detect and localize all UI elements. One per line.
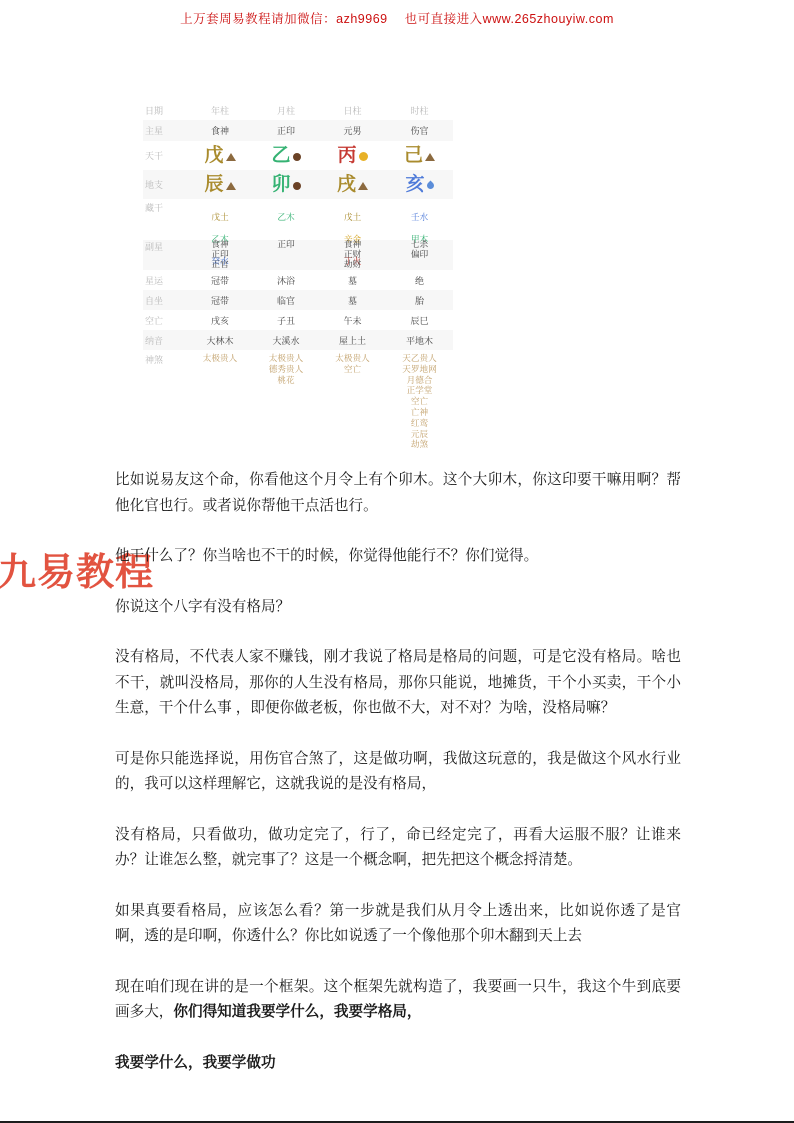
wood-icon (293, 153, 301, 161)
nayin-month: 大溪水 (253, 334, 319, 347)
row-secondary-stars: 副星 食神 正印 正官 正印 食神 正财 劫财 七杀 偏印 (143, 240, 453, 270)
row-label: 星运 (143, 274, 187, 287)
void-year: 戌亥 (187, 314, 253, 327)
paragraph: 可是你只能选择说，用伤官合煞了，这是做功啊，我做这玩意的，我是做这个风水行业的，… (115, 747, 681, 798)
self-sitting-year: 冠带 (187, 294, 253, 307)
branch-day: 戌 (319, 175, 386, 194)
row-label: 副星 (143, 240, 187, 253)
promo-header-text: 上万套周易教程请加微信：azh9969 也可直接进入www.265zhouyiw… (180, 12, 614, 26)
star-fortune-month: 沐浴 (253, 274, 319, 287)
void-day: 午未 (319, 314, 386, 327)
stem-month: 乙 (253, 146, 319, 165)
secondary-stars-month: 正印 (253, 240, 319, 250)
main-star-hour: 伤官 (386, 124, 453, 137)
star-fortune-day: 墓 (319, 274, 386, 287)
row-self-sitting: 自坐 冠带 临官 墓 胎 (143, 290, 453, 310)
row-star-fortune: 星运 冠带 沐浴 墓 绝 (143, 270, 453, 290)
hidden-stems-month: 乙木 (253, 201, 319, 234)
row-main-stars: 主星 食神 正印 元男 伤官 (143, 120, 453, 141)
col-header-day: 日柱 (319, 104, 386, 117)
stem-hour: 己 (386, 146, 453, 165)
row-hidden-stems: 藏干 戊土 乙木 癸水 乙木 戊土 辛金 丁火 壬水 甲木 (143, 199, 453, 240)
paragraph: 没有格局，不代表人家不赚钱，刚才我说了格局是格局的问题，可是它没有格局。啥也不干… (115, 645, 681, 722)
secondary-stars-year: 食神 正印 正官 (187, 240, 253, 269)
shensha-hour: 天乙贵人 天罗地网 月德合 正学堂 空亡 亡神 红鸾 元辰 劫煞 (386, 353, 453, 450)
void-hour: 辰巳 (386, 314, 453, 327)
row-label: 天干 (143, 149, 187, 162)
water-icon (425, 181, 435, 191)
secondary-stars-hour: 七杀 偏印 (386, 240, 453, 260)
star-fortune-year: 冠带 (187, 274, 253, 287)
earth-icon (226, 182, 236, 190)
star-fortune-hour: 绝 (386, 274, 453, 287)
nayin-year: 大林木 (187, 334, 253, 347)
paragraph: 没有格局，只看做功，做功定完了，行了，命已经定完了，再看大运服不服？让谁来办？让… (115, 823, 681, 874)
self-sitting-month: 临官 (253, 294, 319, 307)
col-header-year: 年柱 (187, 104, 253, 117)
row-label: 纳音 (143, 334, 187, 347)
col-header-hour: 时柱 (386, 104, 453, 117)
row-label: 自坐 (143, 294, 187, 307)
paragraph: 你说这个八字有没有格局？ (115, 595, 681, 621)
row-shensha: 神煞 太极贵人 太极贵人 德秀贵人 桃花 太极贵人 空亡 天乙贵人 天罗地网 月… (143, 350, 453, 454)
secondary-stars-day: 食神 正财 劫财 (319, 240, 386, 269)
row-label: 空亡 (143, 314, 187, 327)
paragraph: 如果真要看格局，应该怎么看？第一步就是我们从月令上透出来，比如说你透了是官啊，透… (115, 899, 681, 950)
shensha-month: 太极贵人 德秀贵人 桃花 (253, 353, 319, 385)
nayin-day: 屋上土 (319, 334, 386, 347)
earth-icon (425, 153, 435, 161)
col-header-date: 日期 (143, 104, 187, 117)
main-star-day: 元男 (319, 124, 386, 137)
self-sitting-hour: 胎 (386, 294, 453, 307)
earth-icon (226, 153, 236, 161)
shensha-year: 太极贵人 (187, 353, 253, 364)
bazi-chart-table: 日期 年柱 月柱 日柱 时柱 主星 食神 正印 元男 伤官 天干 戊 乙 丙 己… (143, 101, 453, 454)
paragraph: 我要学什么，我要学做功 (115, 1051, 681, 1077)
row-label: 神煞 (143, 353, 187, 366)
fire-icon (359, 152, 368, 161)
wood-icon (293, 182, 301, 190)
row-nayin: 纳音 大林木 大溪水 屋上土 平地木 (143, 330, 453, 350)
paragraph: 现在咱们现在讲的是一个框架。这个框架先就构造了，我要画一只牛，我这个牛到底要画多… (115, 975, 681, 1026)
promo-header: 上万套周易教程请加微信：azh9969 也可直接进入www.265zhouyiw… (0, 0, 794, 27)
paragraph: 比如说易友这个命，你看他这个月令上有个卯木。这个大卯木，你这印要干嘛用啊？帮他化… (115, 468, 681, 519)
row-label: 地支 (143, 178, 187, 191)
row-void-emptiness: 空亡 戌亥 子丑 午未 辰巳 (143, 310, 453, 330)
shensha-day: 太极贵人 空亡 (319, 353, 386, 375)
self-sitting-day: 墓 (319, 294, 386, 307)
void-month: 子丑 (253, 314, 319, 327)
main-star-month: 正印 (253, 124, 319, 137)
row-heavenly-stems: 天干 戊 乙 丙 己 (143, 141, 453, 170)
table-header-row: 日期 年柱 月柱 日柱 时柱 (143, 101, 453, 120)
main-star-year: 食神 (187, 124, 253, 137)
branch-year: 辰 (187, 175, 253, 194)
row-label: 藏干 (143, 201, 187, 214)
nayin-hour: 平地木 (386, 334, 453, 347)
stem-year: 戊 (187, 146, 253, 165)
branch-month: 卯 (253, 175, 319, 194)
earth-icon (358, 182, 368, 190)
branch-hour: 亥 (386, 175, 453, 194)
lecture-text: 比如说易友这个命，你看他这个月令上有个卯木。这个大卯木，你这印要干嘛用啊？帮他化… (115, 468, 681, 1101)
col-header-month: 月柱 (253, 104, 319, 117)
row-label: 主星 (143, 124, 187, 137)
stem-day: 丙 (319, 146, 386, 165)
paragraph: 他干什么了？你当啥也不干的时候，你觉得他能行不？你们觉得。 (115, 544, 681, 570)
row-earthly-branches: 地支 辰 卯 戌 亥 (143, 170, 453, 199)
